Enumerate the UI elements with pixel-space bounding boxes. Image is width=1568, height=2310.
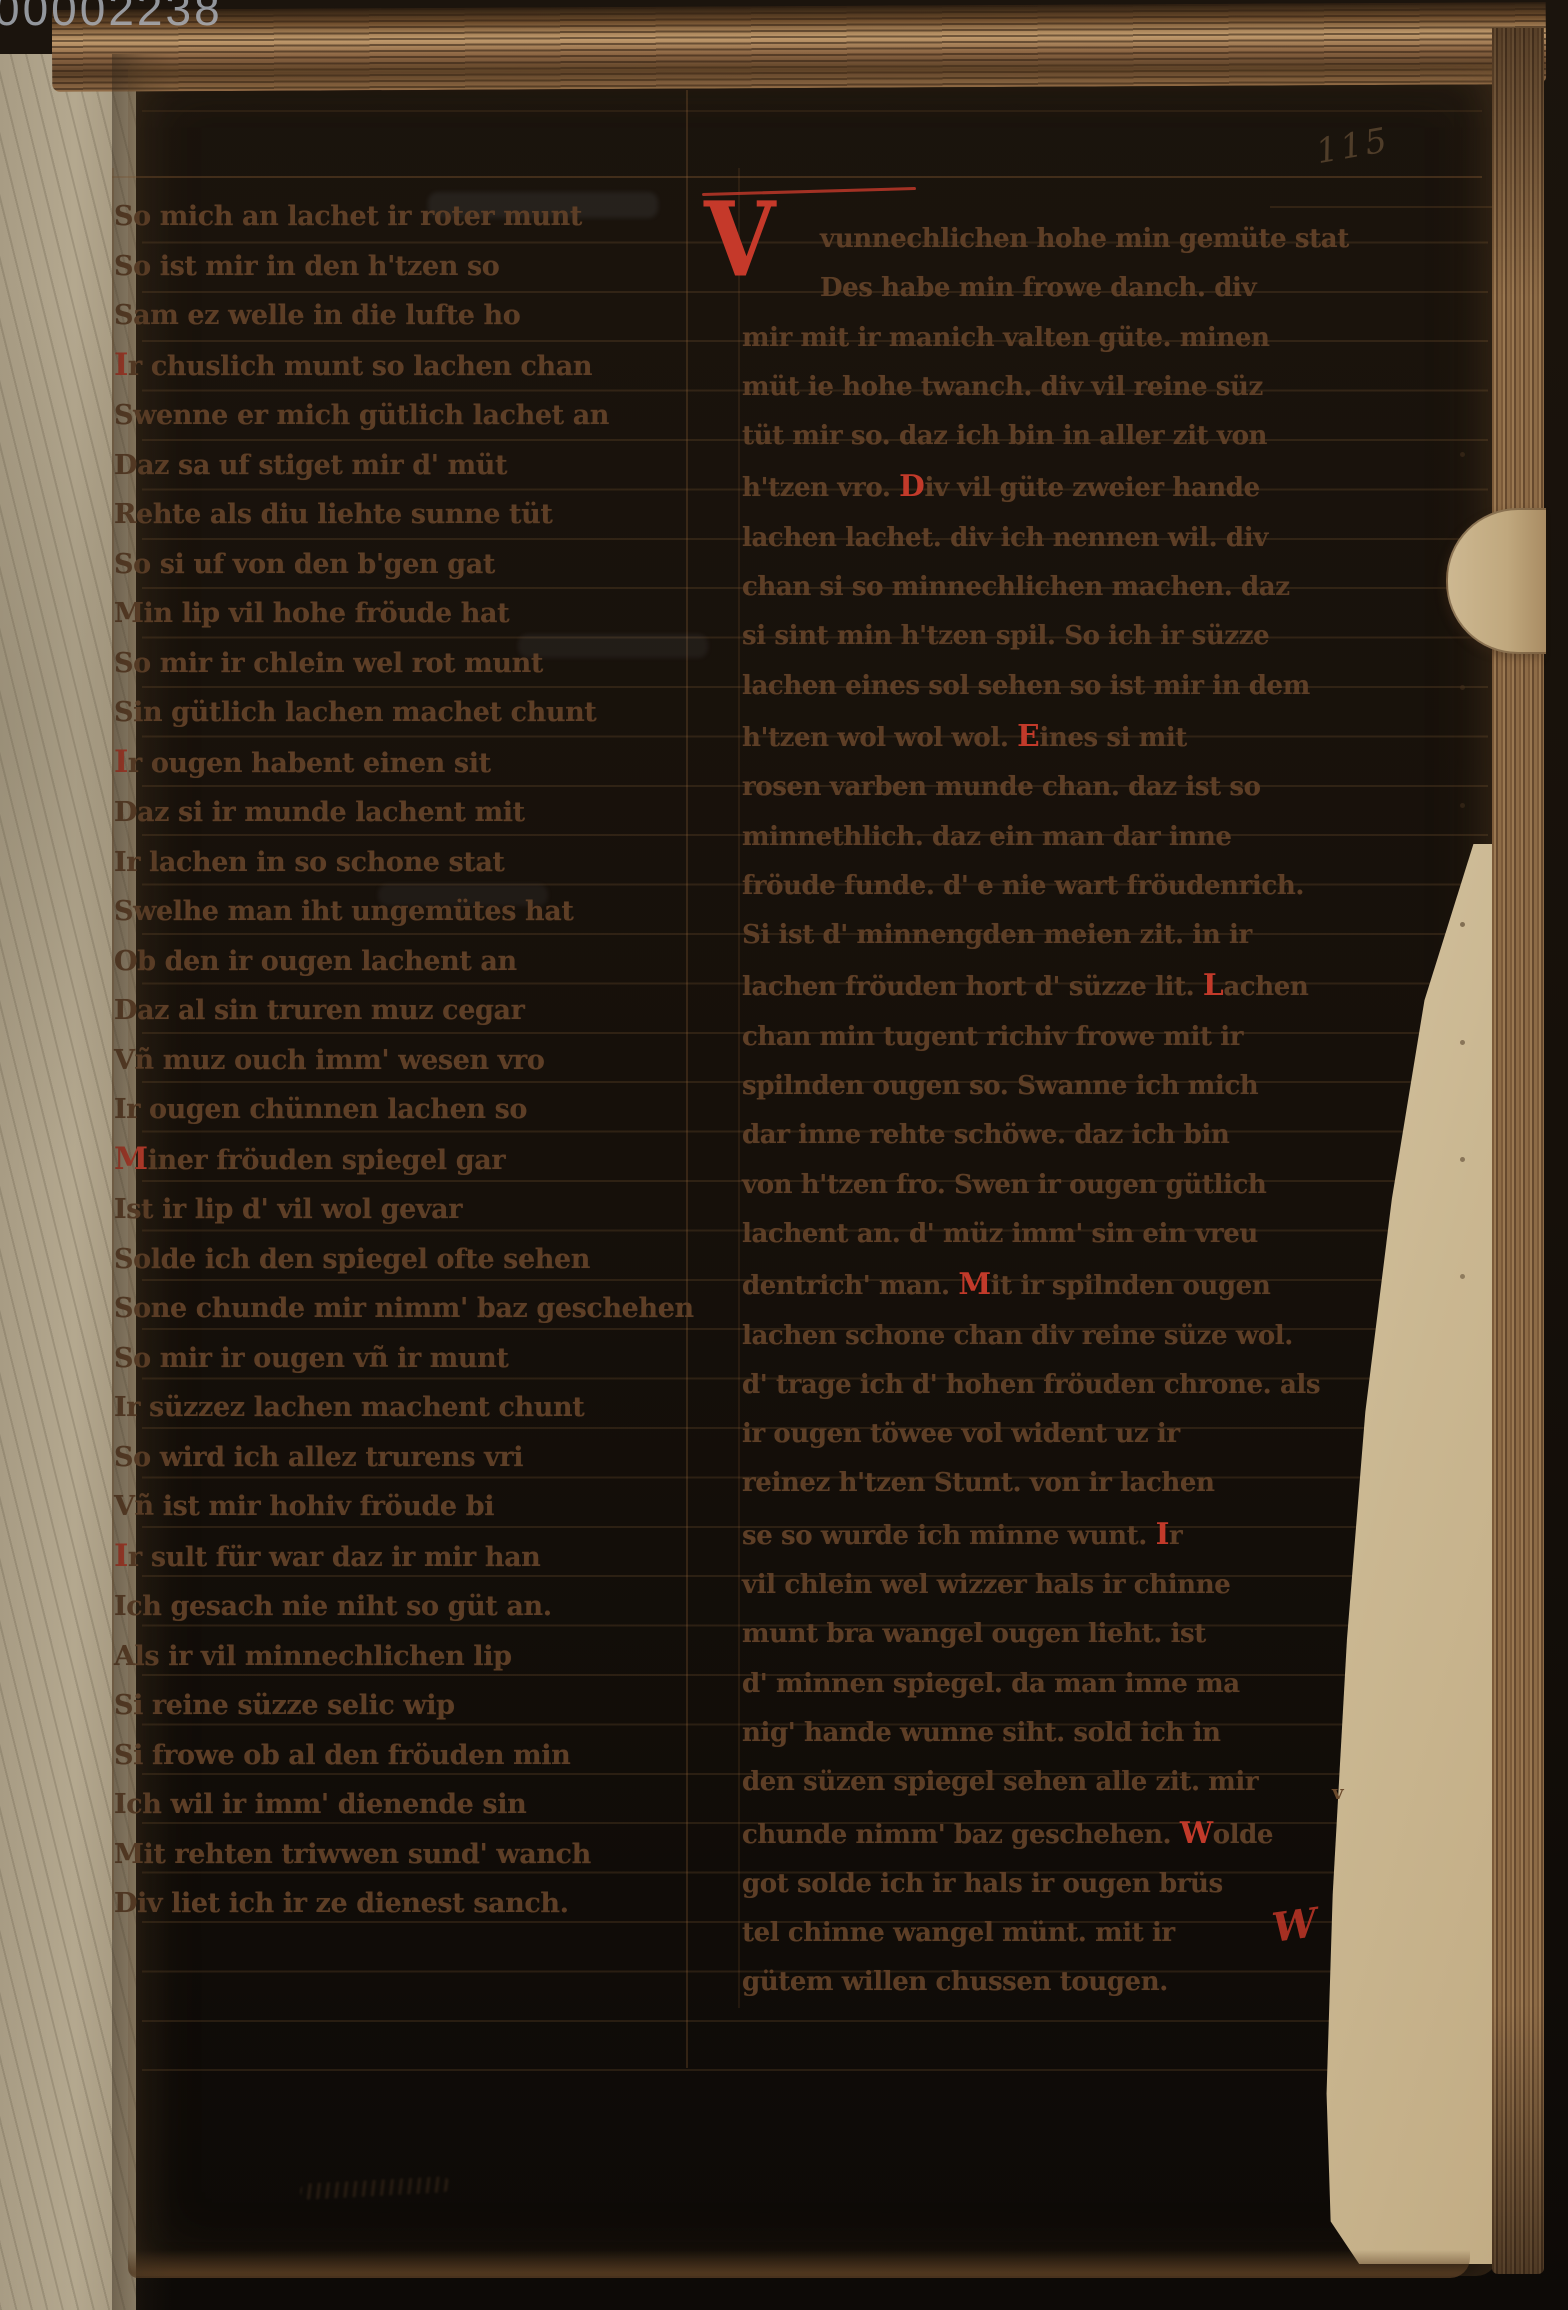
ink-text: h'tzen vro. [742, 473, 899, 503]
ink-text: lachen schone chan div reine süze wol. [742, 1321, 1293, 1351]
manuscript-text-line: Swenne er mich gütlich lachet an [114, 391, 694, 441]
manuscript-text-line: Als ir vil minnechlichen lip [114, 1632, 694, 1682]
ink-text: Vñ muz ouch imm' wesen vro [114, 1045, 544, 1076]
ink-text: So mich an lachet ir roter munt [114, 201, 582, 232]
ink-text: Ich wil ir imm' dienende sin [114, 1789, 526, 1820]
manuscript-text-line: So ist mir in den h'tzen so [114, 242, 694, 292]
ink-text: Div liet ich ir ze dienest sanch. [114, 1888, 569, 1919]
ink-text: it ir spilnden ougen [991, 1271, 1271, 1301]
ink-text: chan min tugent richiv frowe mit ir [742, 1022, 1243, 1052]
scan-watermark-number: 00002238 [0, 0, 223, 36]
ink-text: Ir süzzez lachen machent chunt [114, 1392, 584, 1423]
ink-text: ir ougen töwee vol wident uz ir [742, 1419, 1180, 1449]
ink-text: Des habe min frowe danch. div [820, 273, 1256, 303]
ink-text: olde [1213, 1820, 1273, 1850]
pricking-holes [1460, 452, 1465, 457]
manuscript-text-line: reinez h'tzen Stunt. von ir lachen [742, 1459, 1349, 1508]
manuscript-text-line: Miner fröuden spiegel gar [114, 1135, 694, 1186]
manuscript-text-line: Ir ougen habent einen sit [114, 738, 694, 789]
ink-text: si sint min h'tzen spil. So ich ir süzze [742, 621, 1269, 651]
manuscript-text-line: se so wurde ich minne wunt. Ir [742, 1509, 1349, 1561]
manuscript-text-line: Ist ir lip d' vil wol gevar [114, 1185, 694, 1235]
manuscript-text-line: Daz sa uf stiget mir d' müt [114, 441, 694, 491]
manuscript-text-line: Vñ ist mir hohiv fröude bi [114, 1482, 694, 1532]
ink-text: achen [1223, 972, 1308, 1002]
manuscript-text-line: Swelhe man iht ungemütes hat [114, 887, 694, 937]
ink-text: Ir ougen chünnen lachen so [114, 1094, 527, 1125]
ink-text: lachent an. d' müz imm' sin ein vreu [742, 1219, 1258, 1249]
ink-text: d' minnen spiegel. da man inne ma [742, 1669, 1240, 1699]
ink-text: mir mit ir manich valten güte. minen [742, 323, 1270, 353]
ink-text: gütem willen chussen tougen. [742, 1967, 1168, 1997]
ink-text: reinez h'tzen Stunt. von ir lachen [742, 1468, 1215, 1498]
manuscript-text-line: ir ougen töwee vol wident uz ir [742, 1410, 1349, 1459]
manuscript-text-line: chan si so minnechlichen machen. daz [742, 563, 1349, 612]
manuscript-text-line: h'tzen wol wol wol. Eines si mit [742, 711, 1349, 763]
manuscript-text-line: lachent an. d' müz imm' sin ein vreu [742, 1210, 1349, 1259]
ink-text: minnethlich. daz ein man dar inne [742, 822, 1232, 852]
ink-text: vil chlein wel wizzer hals ir chinne [742, 1570, 1230, 1600]
ink-text: müt ie hohe twanch. div vil reine süz [742, 372, 1263, 402]
ink-text: Ob den ir ougen lachent an [114, 946, 517, 977]
gutter-shadow [112, 54, 172, 2310]
manuscript-text-line: got solde ich ir hals ir ougen brüs [742, 1860, 1349, 1909]
ink-text: chan si so minnechlichen machen. daz [742, 572, 1290, 602]
manuscript-text-line: rosen varben munde chan. daz ist so [742, 763, 1349, 812]
ink-text: nig' hande wunne siht. sold ich in [742, 1718, 1221, 1748]
ink-text: Mit rehten triwwen sund' wanch [114, 1839, 591, 1870]
ink-text: got solde ich ir hals ir ougen brüs [742, 1869, 1223, 1899]
ink-text: d' trage ich d' hohen fröuden chrone. al… [742, 1370, 1320, 1400]
ink-text: fröude funde. d' e nie wart fröudenrich. [742, 871, 1304, 901]
ink-text: dar inne rehte schöwe. daz ich bin [742, 1120, 1229, 1150]
ink-text: lachen fröuden hort d' süzze lit. [742, 972, 1203, 1002]
ink-text: tüt mir so. daz ich bin in aller zit von [742, 421, 1267, 451]
manuscript-text-line: Daz si ir munde lachent mit [114, 788, 694, 838]
manuscript-photo: { "watermark": { "id": "00002238" }, "fo… [0, 0, 1568, 2310]
manuscript-text-line: So si uf von den b'gen gat [114, 540, 694, 590]
manuscript-text-line: dar inne rehte schöwe. daz ich bin [742, 1111, 1349, 1160]
ruling-folio-line [1270, 206, 1496, 208]
ruling-top-line [142, 110, 1482, 112]
ink-text: Swenne er mich gütlich lachet an [114, 400, 609, 431]
manuscript-text-line: Vñ muz ouch imm' wesen vro [114, 1036, 694, 1086]
ink-text: Sin gütlich lachen machet chunt [114, 697, 596, 728]
manuscript-text-line: Si ist d' minnengden meien zit. in ir [742, 911, 1349, 960]
ink-text: iv vil güte zweier hande [924, 473, 1259, 503]
ink-text: lachen eines sol sehen so ist mir in dem [742, 671, 1310, 701]
manuscript-text-line: si sint min h'tzen spil. So ich ir süzze [742, 612, 1349, 661]
ink-text: Min lip vil hohe fröude hat [114, 598, 509, 629]
ink-text: Sone chunde mir nimm' baz geschehen [114, 1293, 694, 1324]
ink-text: lachen lachet. div ich nennen wil. div [742, 523, 1268, 553]
parchment-page: 115 So mich an lachet ir roter muntSo is… [128, 64, 1498, 2276]
manuscript-text-line: vunnechlichen hohe min gemüte stat [742, 215, 1349, 264]
ink-text: Daz si ir munde lachent mit [114, 797, 525, 828]
manuscript-text-line: lachen schone chan div reine süze wol. [742, 1312, 1349, 1361]
manuscript-text-line: Ich wil ir imm' dienende sin [114, 1780, 694, 1830]
manuscript-text-line: munt bra wangel ougen lieht. ist [742, 1610, 1349, 1659]
manuscript-text-line: Ir lachen in so schone stat [114, 838, 694, 888]
folio-number: 115 [1313, 120, 1393, 172]
manuscript-text-line: Min lip vil hohe fröude hat [114, 589, 694, 639]
ink-text: munt bra wangel ougen lieht. ist [742, 1619, 1206, 1649]
ink-text: dentrich' man. [742, 1271, 958, 1301]
manuscript-text-line: minnethlich. daz ein man dar inne [742, 813, 1349, 862]
manuscript-text-line: chunde nimm' baz geschehen. Wolde [742, 1808, 1349, 1860]
manuscript-text-line: Ir süzzez lachen machent chunt [114, 1383, 694, 1433]
ink-text: h'tzen wol wol wol. [742, 723, 1017, 753]
manuscript-text-line: chan min tugent richiv frowe mit ir [742, 1013, 1349, 1062]
manuscript-text-line: d' minnen spiegel. da man inne ma [742, 1660, 1349, 1709]
ink-text: Si ist d' minnengden meien zit. in ir [742, 920, 1252, 950]
ink-text: Swelhe man iht ungemütes hat [114, 896, 573, 927]
ink-text: den süzen spiegel sehen alle zit. mir [742, 1767, 1258, 1797]
manuscript-text-line: Ir chuslich munt so lachen chan [114, 341, 694, 392]
manuscript-text-line: Sam ez welle in die lufte ho [114, 291, 694, 341]
manuscript-text-line: tüt mir so. daz ich bin in aller zit von [742, 412, 1349, 461]
ink-text: spilnden ougen so. Swanne ich mich [742, 1071, 1258, 1101]
manuscript-text-line: dentrich' man. Mit ir spilnden ougen [742, 1259, 1349, 1311]
manuscript-text-line: tel chinne wangel münt. mit ir [742, 1909, 1349, 1958]
rubric-initial: D [899, 468, 924, 503]
manuscript-text-line: von h'tzen fro. Swen ir ougen gütlich [742, 1161, 1349, 1210]
page-bottom-edge-shadow [128, 2250, 1470, 2278]
ink-text: iner fröuden spiegel gar [148, 1145, 505, 1176]
book-fore-edge-pages [1492, 28, 1544, 2274]
manuscript-text-line: So mir ir chlein wel rot munt [114, 639, 694, 689]
manuscript-text-line: Sin gütlich lachen machet chunt [114, 688, 694, 738]
manuscript-text-line: fröude funde. d' e nie wart fröudenrich. [742, 862, 1349, 911]
manuscript-text-line: Des habe min frowe danch. div [742, 264, 1349, 313]
manuscript-text-line: Ir ougen chünnen lachen so [114, 1085, 694, 1135]
ink-text: So wird ich allez trurens vri [114, 1442, 523, 1473]
manuscript-text-line: lachen fröuden hort d' süzze lit. Lachen [742, 960, 1349, 1012]
ink-text: Daz sa uf stiget mir d' müt [114, 450, 507, 481]
manuscript-text-line: Si frowe ob al den fröuden min [114, 1731, 694, 1781]
manuscript-text-line: mir mit ir manich valten güte. minen [742, 314, 1349, 363]
rubric-initial: M [958, 1266, 990, 1301]
rubric-initial: E [1017, 718, 1039, 753]
manuscript-text-line: So mir ir ougen vñ ir munt [114, 1334, 694, 1384]
ink-text: rosen varben munde chan. daz ist so [742, 772, 1261, 802]
manuscript-text-line: Rehte als diu liehte sunne tüt [114, 490, 694, 540]
rubric-initial: I [1156, 1516, 1169, 1551]
ink-text: se so wurde ich minne wunt. [742, 1521, 1156, 1551]
ink-text: r sult für war daz ir mir han [128, 1542, 540, 1573]
ink-text: r chuslich munt so lachen chan [128, 351, 592, 382]
margin-catchword-mark: v [1332, 1780, 1344, 1804]
ink-text: Si frowe ob al den fröuden min [114, 1740, 570, 1771]
column-rule-right [738, 168, 740, 2008]
ink-text: Daz al sin truren muz cegar [114, 995, 524, 1026]
rubric-initial: L [1203, 967, 1223, 1002]
manuscript-text-line: nig' hande wunne siht. sold ich in [742, 1709, 1349, 1758]
text-column-left: So mich an lachet ir roter muntSo ist mi… [114, 192, 694, 1929]
ink-text: chunde nimm' baz geschehen. [742, 1820, 1180, 1850]
manuscript-text-line: müt ie hohe twanch. div vil reine süz [742, 363, 1349, 412]
manuscript-text-line: Daz al sin truren muz cegar [114, 986, 694, 1036]
manuscript-text-line: Mit rehten triwwen sund' wanch [114, 1830, 694, 1880]
red-pen-trial-mark: W [1271, 1898, 1319, 1952]
manuscript-text-line: Solde ich den spiegel ofte sehen [114, 1235, 694, 1285]
manuscript-text-line: Ob den ir ougen lachent an [114, 937, 694, 987]
ink-text: Ich gesach nie niht so güt an. [114, 1591, 552, 1622]
manuscript-text-line: vil chlein wel wizzer hals ir chinne [742, 1561, 1349, 1610]
manuscript-text-line: lachen eines sol sehen so ist mir in dem [742, 662, 1349, 711]
ink-text: r [1169, 1521, 1182, 1551]
ink-text: Als ir vil minnechlichen lip [114, 1641, 512, 1672]
manuscript-text-line: Ir sult für war daz ir mir han [114, 1532, 694, 1583]
manuscript-text-line: Si reine süzze selic wip [114, 1681, 694, 1731]
ink-text: r ougen habent einen sit [128, 748, 491, 779]
manuscript-text-line: Ich gesach nie niht so güt an. [114, 1582, 694, 1632]
manuscript-text-line: So mich an lachet ir roter munt [114, 192, 694, 242]
ink-text: So mir ir chlein wel rot munt [114, 648, 543, 679]
ink-text: von h'tzen fro. Swen ir ougen gütlich [742, 1170, 1266, 1200]
text-column-right: vunnechlichen hohe min gemüte statDes ha… [742, 215, 1349, 2008]
ink-text: vunnechlichen hohe min gemüte stat [820, 224, 1349, 254]
ink-text: Solde ich den spiegel ofte sehen [114, 1244, 590, 1275]
ink-text: ines si mit [1039, 723, 1187, 753]
manuscript-text-line: So wird ich allez trurens vri [114, 1433, 694, 1483]
manuscript-text-line: lachen lachet. div ich nennen wil. div [742, 514, 1349, 563]
drop-cap-initial: V [704, 188, 775, 291]
ink-text: tel chinne wangel münt. mit ir [742, 1918, 1175, 1948]
manuscript-text-line: Sone chunde mir nimm' baz geschehen [114, 1284, 694, 1334]
rubric-initial: W [1180, 1815, 1213, 1850]
manuscript-text-line: den süzen spiegel sehen alle zit. mir [742, 1758, 1349, 1807]
manuscript-text-line: h'tzen vro. Div vil güte zweier hande [742, 461, 1349, 513]
faded-marginal-scribble [300, 2176, 451, 2200]
manuscript-text-line: gütem willen chussen tougen. [742, 1958, 1349, 2007]
ink-text: So mir ir ougen vñ ir munt [114, 1343, 508, 1374]
ink-text: Rehte als diu liehte sunne tüt [114, 499, 552, 530]
manuscript-text-line: Div liet ich ir ze dienest sanch. [114, 1879, 694, 1929]
ruling-header-line [112, 176, 1482, 178]
ink-text: Sam ez welle in die lufte ho [114, 300, 520, 331]
ink-text: Ir lachen in so schone stat [114, 847, 505, 878]
manuscript-text-line: spilnden ougen so. Swanne ich mich [742, 1062, 1349, 1111]
manuscript-text-line: d' trage ich d' hohen fröuden chrone. al… [742, 1361, 1349, 1410]
